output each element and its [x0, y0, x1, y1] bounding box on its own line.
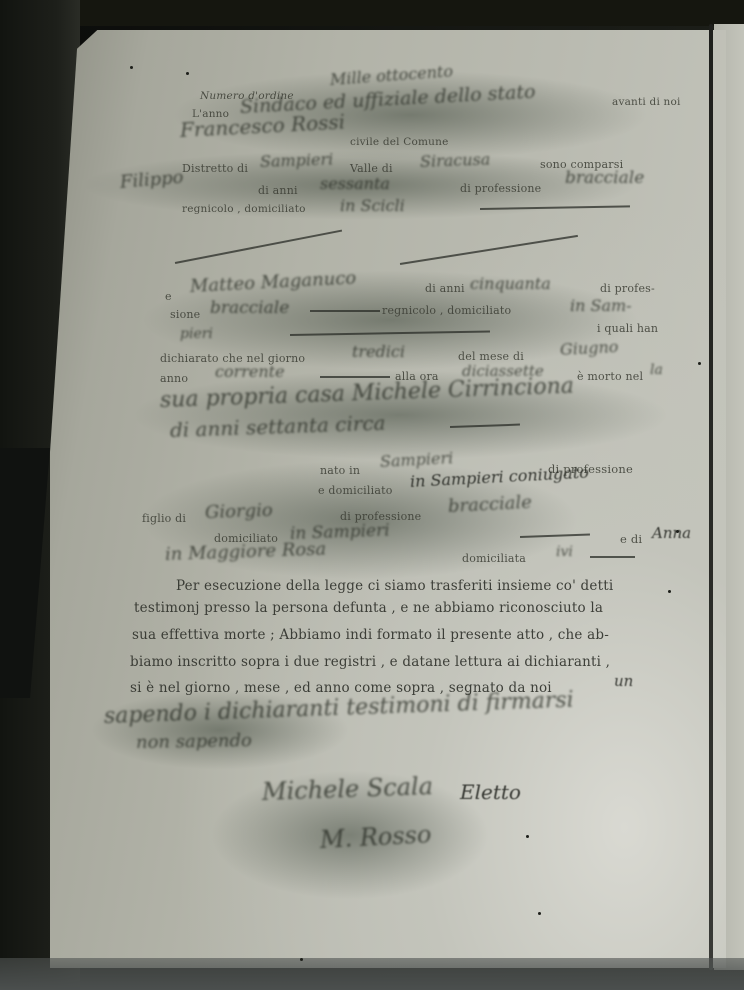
- printed-domiciliata: domiciliata: [462, 552, 526, 565]
- handwritten-entry: tredici: [352, 342, 405, 361]
- handwritten-entry: bracciale: [565, 168, 644, 188]
- body-line: biamo inscritto sopra i due registri , e…: [130, 654, 610, 670]
- handwritten-entry: Giugno: [560, 337, 619, 359]
- handwritten-entry: cinquanta: [470, 274, 551, 293]
- printed-sione: sione: [170, 308, 200, 321]
- printed-domiciliato: e domiciliato: [318, 484, 393, 497]
- handwritten-entry: sessanta: [320, 174, 390, 193]
- printed-distretto: Distretto di: [182, 162, 248, 175]
- paper-speck: [668, 590, 671, 593]
- handwritten-closing: non sapendo: [136, 730, 252, 753]
- body-line: Per esecuzione della legge ci siamo tras…: [176, 578, 613, 594]
- body-line: sua effettiva morte ; Abbiamo indi forma…: [132, 627, 609, 643]
- signature: Michele Scala: [262, 772, 434, 806]
- handwritten-entry: Giorgio: [205, 500, 273, 523]
- printed-morto: è morto nel: [577, 370, 643, 383]
- printed-professione: di professione: [460, 182, 541, 195]
- fill-line: [310, 310, 380, 312]
- printed-profes: di profes-: [600, 282, 655, 295]
- handwritten-entry: la: [650, 362, 663, 378]
- paper-speck: [186, 72, 189, 75]
- printed-anno: anno: [160, 372, 188, 385]
- handwritten-entry: corrente: [215, 362, 285, 381]
- printed-domiciliato: regnicolo , domiciliato: [382, 304, 511, 317]
- handwritten-entry: ivi: [556, 544, 573, 560]
- printed-quali-han: i quali han: [597, 322, 658, 335]
- paper-speck: [698, 362, 701, 365]
- paper-speck: [300, 958, 303, 961]
- printed-figlio-di: figlio di: [142, 512, 186, 525]
- printed-anni: di anni: [258, 184, 298, 197]
- handwritten-entry: Sampieri: [380, 448, 454, 471]
- printed-comune: civile del Comune: [350, 136, 449, 148]
- paper-speck: [130, 66, 133, 69]
- printed-anni: di anni: [425, 282, 465, 295]
- paper-speck: [676, 530, 679, 533]
- handwritten-entry: un: [614, 672, 633, 690]
- printed-e: e: [165, 290, 172, 303]
- fill-line: [590, 556, 635, 558]
- signature: M. Rosso: [319, 820, 432, 854]
- printed-domiciliato: regnicolo , domiciliato: [182, 203, 306, 215]
- handwritten-entry: in Scicli: [340, 196, 405, 215]
- printed-nato-in: nato in: [320, 464, 360, 477]
- body-line: testimonj presso la persona defunta , e …: [134, 600, 603, 616]
- paper-speck: [526, 835, 529, 838]
- printed-e-di: e di: [620, 532, 642, 546]
- bottom-background: [0, 958, 744, 990]
- handwritten-entry: bracciale: [447, 492, 532, 517]
- handwritten-entry: Sampieri: [260, 149, 334, 171]
- photo-scene: Numero d'ordine Mille ottocento L'anno S…: [0, 0, 744, 990]
- printed-di: avanti di noi: [612, 96, 681, 108]
- paper-speck: [538, 912, 541, 915]
- handwritten-entry: bracciale: [210, 298, 289, 318]
- handwritten-entry: pieri: [180, 326, 213, 342]
- page-gutter: [709, 24, 713, 970]
- handwritten-entry: Anna: [652, 524, 691, 542]
- top-background: [0, 0, 744, 26]
- signature-eletto: Eletto: [460, 780, 521, 804]
- handwritten-entry: in Sam-: [570, 296, 632, 315]
- handwritten-entry: Siracusa: [420, 150, 491, 171]
- fill-line: [320, 376, 390, 378]
